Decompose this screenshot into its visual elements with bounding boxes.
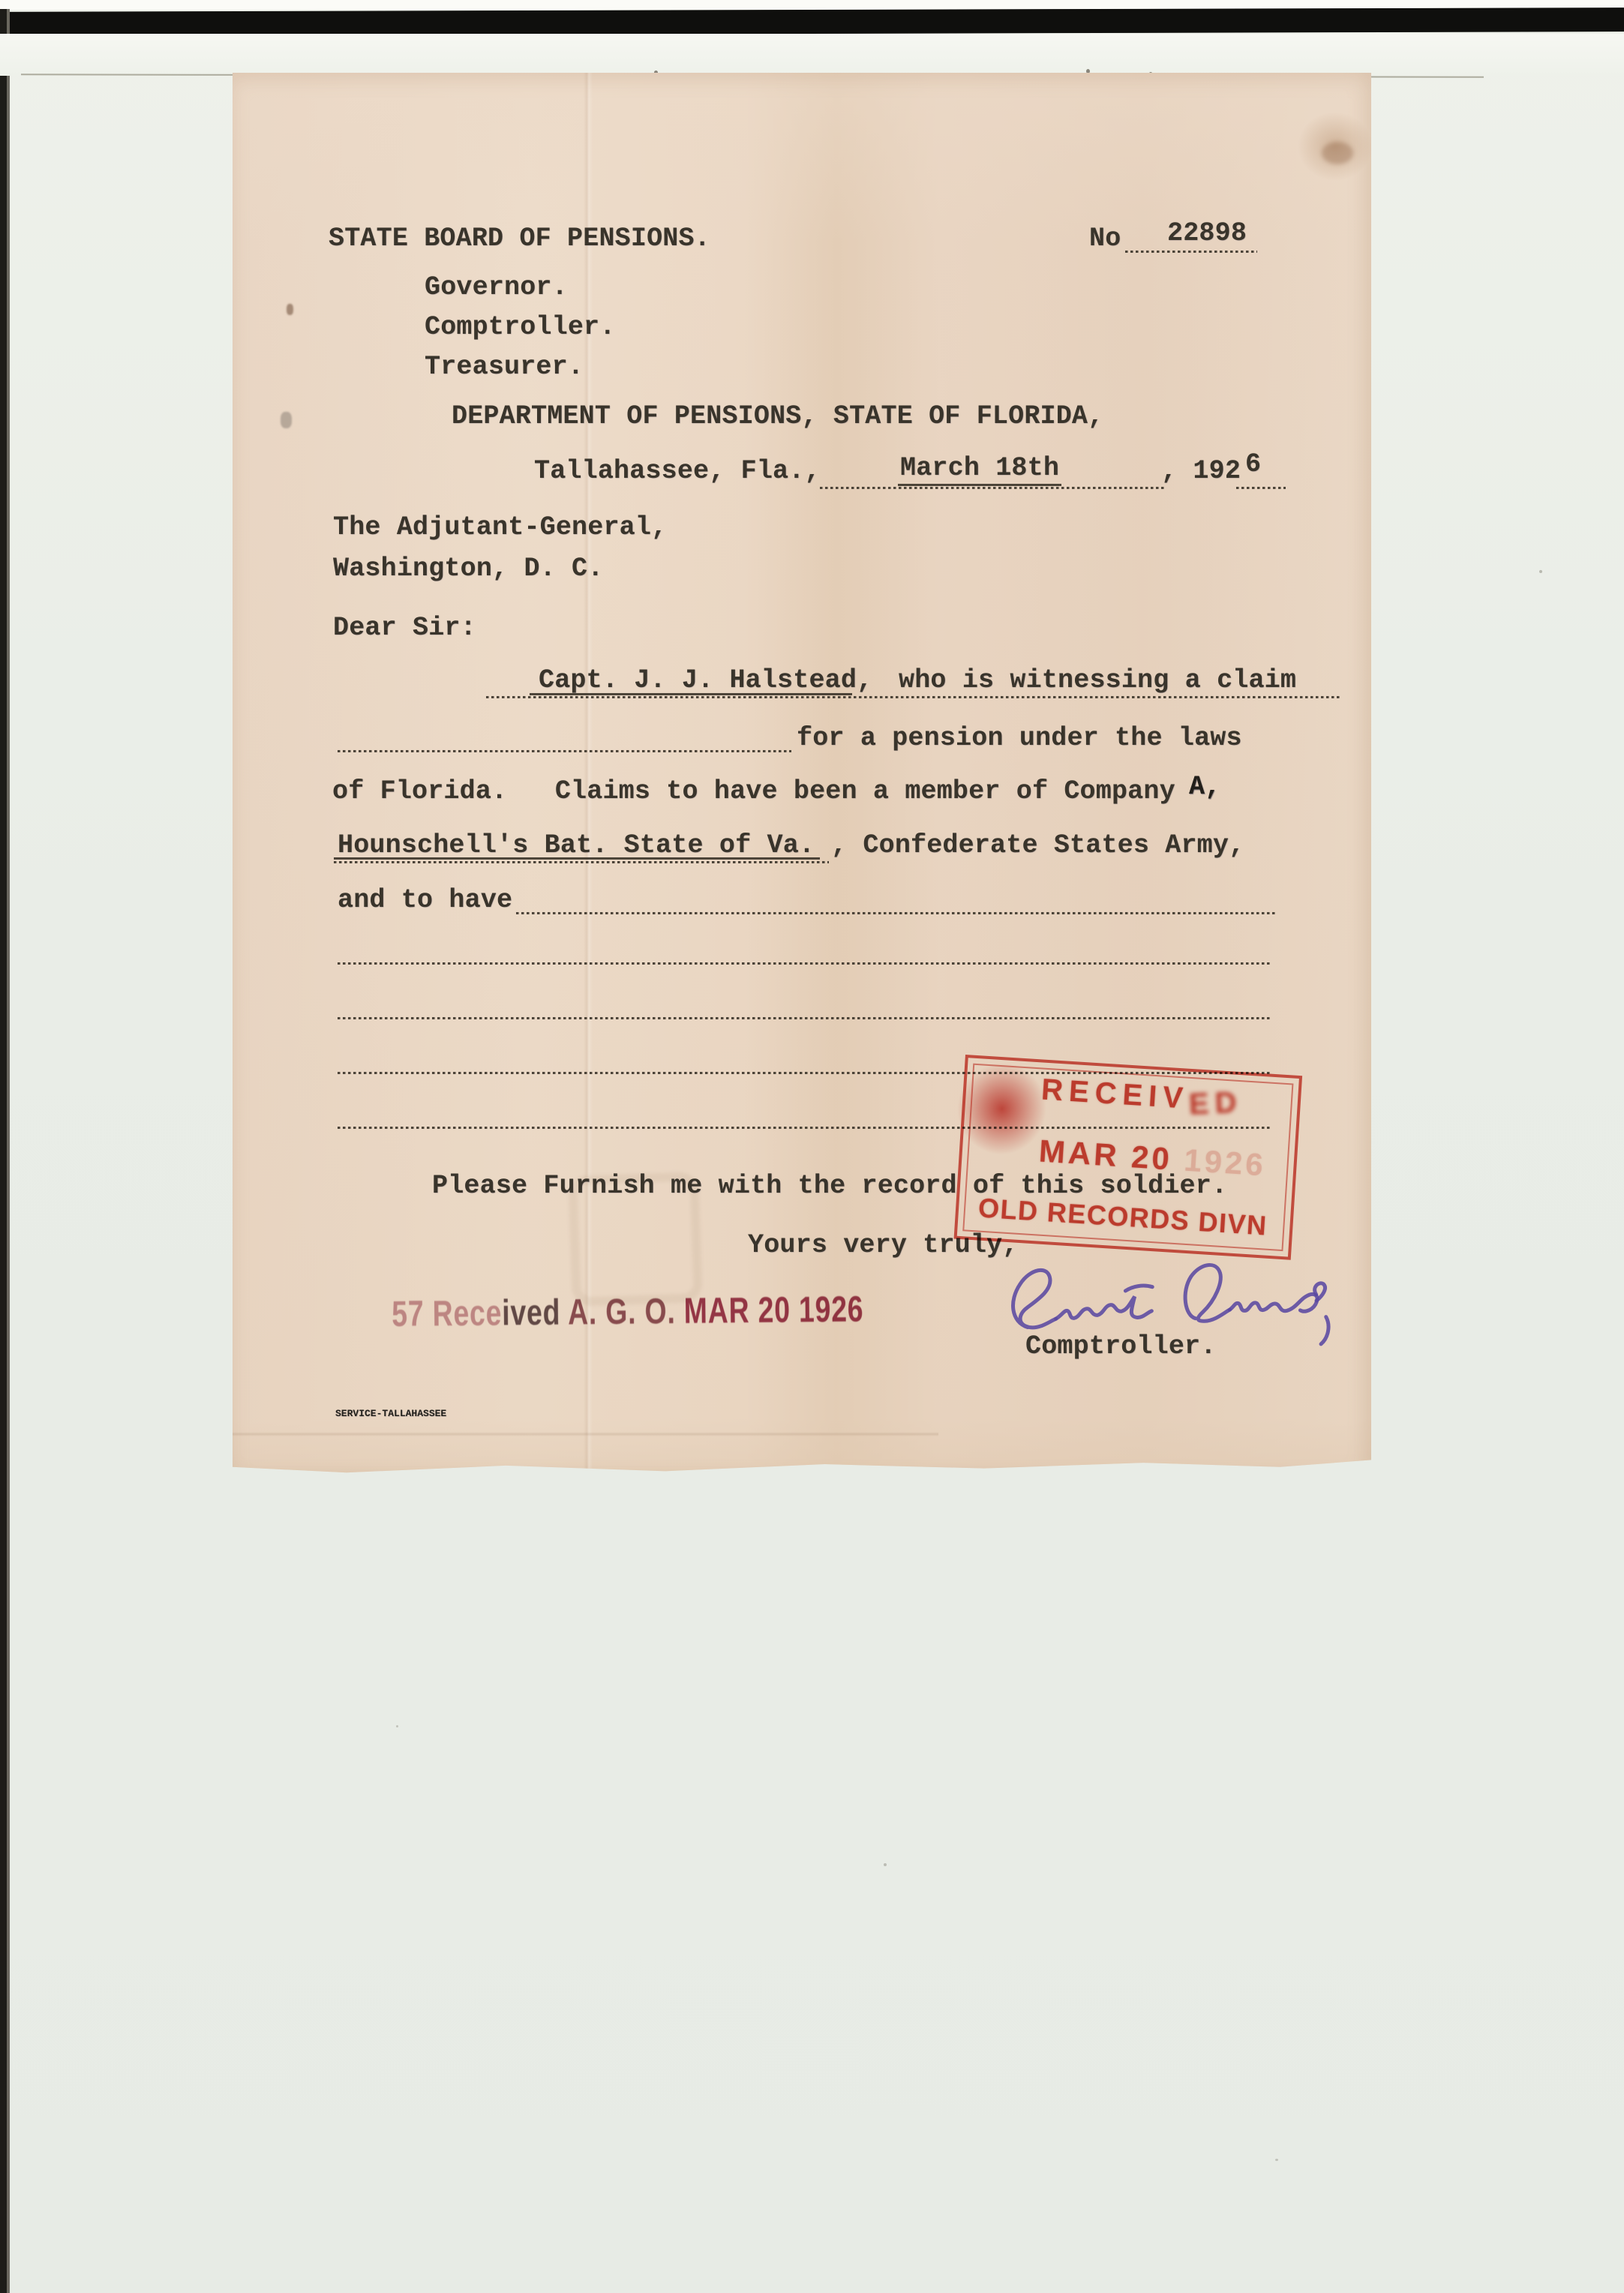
blank-dotted-rule (338, 962, 1271, 965)
sleeve-strip (0, 34, 1624, 76)
ago-stamp-part4: MAR 20 1926 (684, 1289, 864, 1331)
body-line5-text: and to have (338, 885, 512, 915)
dust-speck (396, 1725, 398, 1727)
date-underline (898, 484, 1061, 486)
received-stamp: RECEIVED MAR 20 1926 OLD RECORDS DIVN (954, 1055, 1303, 1260)
body-line3-text: of Florida. Claims to have been a member… (332, 776, 1175, 806)
number-value: 22898 (1167, 218, 1247, 248)
body-line4-rest: , Confederate States Army, (831, 830, 1244, 860)
scan-black-band (0, 8, 1624, 36)
scanned-document-scene: STATE BOARD OF PENSIONS. No 22898 Govern… (0, 0, 1624, 2293)
scan-left-edge (0, 9, 10, 2293)
address-line-1: The Adjutant-General, (333, 512, 667, 542)
body-line1-filled: Capt. J. J. Halstead, (539, 665, 872, 695)
signer-title: Comptroller. (1025, 1331, 1216, 1361)
date-filled: March 18th (900, 453, 1059, 483)
year-digit: 6 (1245, 449, 1261, 479)
body-line1-dotted-rule (486, 696, 1341, 698)
officer-governor: Governor. (425, 272, 568, 302)
place-line: Tallahassee, Fla., (534, 456, 821, 486)
body-line2-dotted-rule (338, 750, 791, 752)
address-line-2: Washington, D. C. (333, 554, 603, 584)
number-label: No (1089, 224, 1121, 254)
year-prefix: , 192 (1161, 456, 1241, 486)
stamp-date: MAR 20 (1038, 1133, 1174, 1176)
paper-horizontal-crease (233, 1432, 938, 1436)
date-dotted-rule (820, 487, 1166, 489)
org-title: STATE BOARD OF PENSIONS. (329, 224, 710, 254)
dust-speck (1275, 2159, 1278, 2161)
paper-blemish (281, 412, 292, 428)
ago-received-stamp: 57 Received A. G. O. MAR 20 1926 (392, 1292, 864, 1333)
ago-stamp-part1: 57 Rece (392, 1293, 503, 1334)
body-line2-rest: for a pension under the laws (797, 723, 1242, 753)
officer-treasurer: Treasurer. (425, 352, 584, 382)
year-dotted-rule (1236, 487, 1286, 489)
body-line4-filled: Hounschell's Bat. State of Va. (338, 830, 815, 860)
department-line: DEPARTMENT OF PENSIONS, STATE OF FLORIDA… (452, 401, 1103, 431)
body-line1-rest: who is witnessing a claim (899, 665, 1296, 695)
body-line4-dotted-rule (334, 861, 829, 863)
ago-stamp-part2: ived (502, 1293, 561, 1334)
paper-blemish (287, 304, 293, 315)
ago-stamp-part3: A. G. O. (560, 1292, 684, 1333)
dust-speck (1539, 570, 1542, 573)
number-dotted-rule (1125, 251, 1257, 253)
body-line3-company: A, (1189, 772, 1220, 802)
blank-dotted-rule (338, 1017, 1271, 1019)
received-text-smudged: ED (1188, 1086, 1243, 1122)
paper-stain (1322, 142, 1353, 164)
dust-speck (884, 1863, 887, 1866)
officer-comptroller: Comptroller. (425, 312, 615, 342)
body-line5-dotted-rule (516, 912, 1275, 914)
stamp-year-faint: 1926 (1183, 1142, 1267, 1183)
salutation: Dear Sir: (333, 613, 476, 643)
printer-mark: SERVICE-TALLAHASSEE (335, 1409, 446, 1419)
